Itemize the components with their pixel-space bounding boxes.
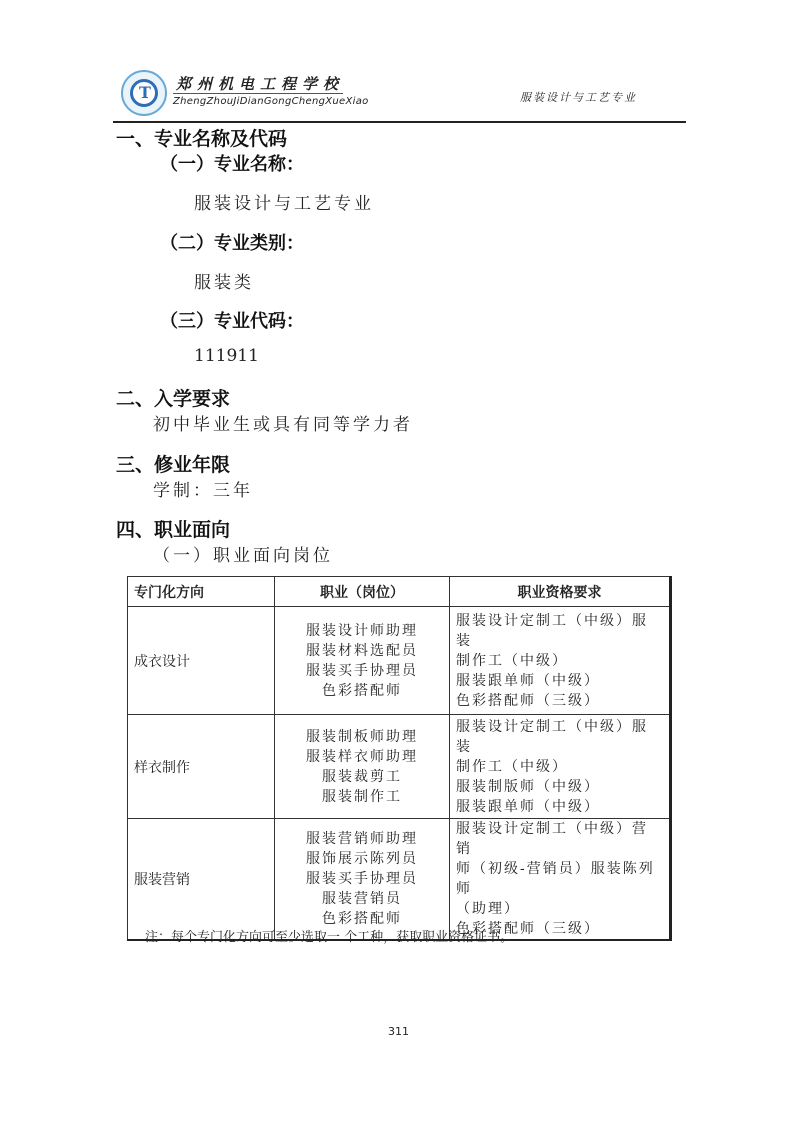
- page-number: 311: [388, 1025, 409, 1038]
- qualification-line: （助理）: [456, 899, 663, 919]
- school-emblem-icon: T: [121, 70, 167, 116]
- major-category-heading: （二）专业类别：: [160, 229, 304, 255]
- position-item: 服装营销师助理: [281, 829, 443, 849]
- position-item: 色彩搭配师: [281, 681, 443, 701]
- qualifications-cell: 服装设计定制工（中级）服装 制作工（中级） 服装制版师（中级） 服装跟单师（中级…: [450, 715, 671, 819]
- section-2-title: 二、入学要求: [116, 384, 230, 411]
- qualification-line: 服装制版师（中级）: [456, 777, 663, 797]
- section-4-subtitle: （一）职业面向岗位: [153, 541, 333, 566]
- position-item: 服饰展示陈列员: [281, 849, 443, 869]
- section-3-title: 三、修业年限: [116, 450, 230, 477]
- qualification-line: 服装设计定制工（中级）服装: [456, 611, 663, 651]
- school-name-divider: [173, 93, 343, 94]
- qualification-line: 服装跟单师（中级）: [456, 797, 663, 817]
- position-item: 服装买手协理员: [281, 869, 443, 889]
- direction-cell: 样衣制作: [128, 715, 275, 819]
- position-item: 服装裁剪工: [281, 767, 443, 787]
- position-item: 服装样衣师助理: [281, 747, 443, 767]
- career-table: 专门化方向 职业（岗位） 职业资格要求 成衣设计 服装设计师助理 服装材料选配员…: [127, 576, 672, 941]
- header-rule: [113, 121, 686, 123]
- major-code-heading: （三）专业代码：: [160, 307, 304, 333]
- school-name-en: ZhengZhouJiDianGongChengXueXiao: [173, 96, 369, 107]
- direction-cell: 成衣设计: [128, 607, 275, 715]
- header-positions: 职业（岗位）: [275, 577, 450, 607]
- qualifications-cell: 服装设计定制工（中级）营销 师（初级-营销员）服装陈列师 （助理） 色彩搭配师（…: [450, 819, 671, 941]
- position-item: 服装制板师助理: [281, 727, 443, 747]
- position-item: 服装买手协理员: [281, 661, 443, 681]
- admission-requirement: 初中毕业生或具有同等学力者: [153, 410, 413, 435]
- qualification-line: 色彩搭配师（三级）: [456, 691, 663, 711]
- positions-cell: 服装制板师助理 服装样衣师助理 服装裁剪工 服装制作工: [275, 715, 450, 819]
- emblem-ring: T: [130, 79, 158, 107]
- positions-cell: 服装营销师助理 服饰展示陈列员 服装买手协理员 服装营销员 色彩搭配师: [275, 819, 450, 941]
- positions-cell: 服装设计师助理 服装材料选配员 服装买手协理员 色彩搭配师: [275, 607, 450, 715]
- qualification-line: 制作工（中级）: [456, 651, 663, 671]
- qualification-line: 服装跟单师（中级）: [456, 671, 663, 691]
- major-name-heading: （一）专业名称：: [160, 150, 304, 176]
- table-header-row: 专门化方向 职业（岗位） 职业资格要求: [128, 577, 671, 607]
- qualification-line: 制作工（中级）: [456, 757, 663, 777]
- position-item: 服装制作工: [281, 787, 443, 807]
- direction-cell: 服装营销: [128, 819, 275, 941]
- qualification-line: 服装设计定制工（中级）服装: [456, 717, 663, 757]
- header-direction: 专门化方向: [128, 577, 275, 607]
- position-item: 服装材料选配员: [281, 641, 443, 661]
- section-4-title: 四、职业面向: [116, 515, 230, 542]
- table-row: 服装营销 服装营销师助理 服饰展示陈列员 服装买手协理员 服装营销员 色彩搭配师…: [128, 819, 671, 941]
- table-note: 注：每个专门化方向可至少选取一 个工种，获取职业资格证书。: [145, 926, 513, 945]
- school-name-cn: 郑州机电工程学校: [176, 73, 344, 94]
- header-qualifications: 职业资格要求: [450, 577, 671, 607]
- major-category-value: 服装类: [194, 268, 254, 293]
- emblem-letter: T: [139, 83, 151, 102]
- qualification-line: 师（初级-营销员）服装陈列师: [456, 859, 663, 899]
- table-row: 样衣制作 服装制板师助理 服装样衣师助理 服装裁剪工 服装制作工 服装设计定制工…: [128, 715, 671, 819]
- major-code-value: 111911: [194, 346, 259, 366]
- qualification-line: 服装设计定制工（中级）营销: [456, 819, 663, 859]
- section-1-title: 一、专业名称及代码: [116, 124, 287, 151]
- study-duration: 学制：三年: [153, 476, 253, 501]
- position-item: 服装营销员: [281, 889, 443, 909]
- table-row: 成衣设计 服装设计师助理 服装材料选配员 服装买手协理员 色彩搭配师 服装设计定…: [128, 607, 671, 715]
- position-item: 服装设计师助理: [281, 621, 443, 641]
- program-label: 服装设计与工艺专业: [520, 89, 637, 105]
- qualifications-cell: 服装设计定制工（中级）服装 制作工（中级） 服装跟单师（中级） 色彩搭配师（三级…: [450, 607, 671, 715]
- major-name-value: 服装设计与工艺专业: [194, 189, 374, 214]
